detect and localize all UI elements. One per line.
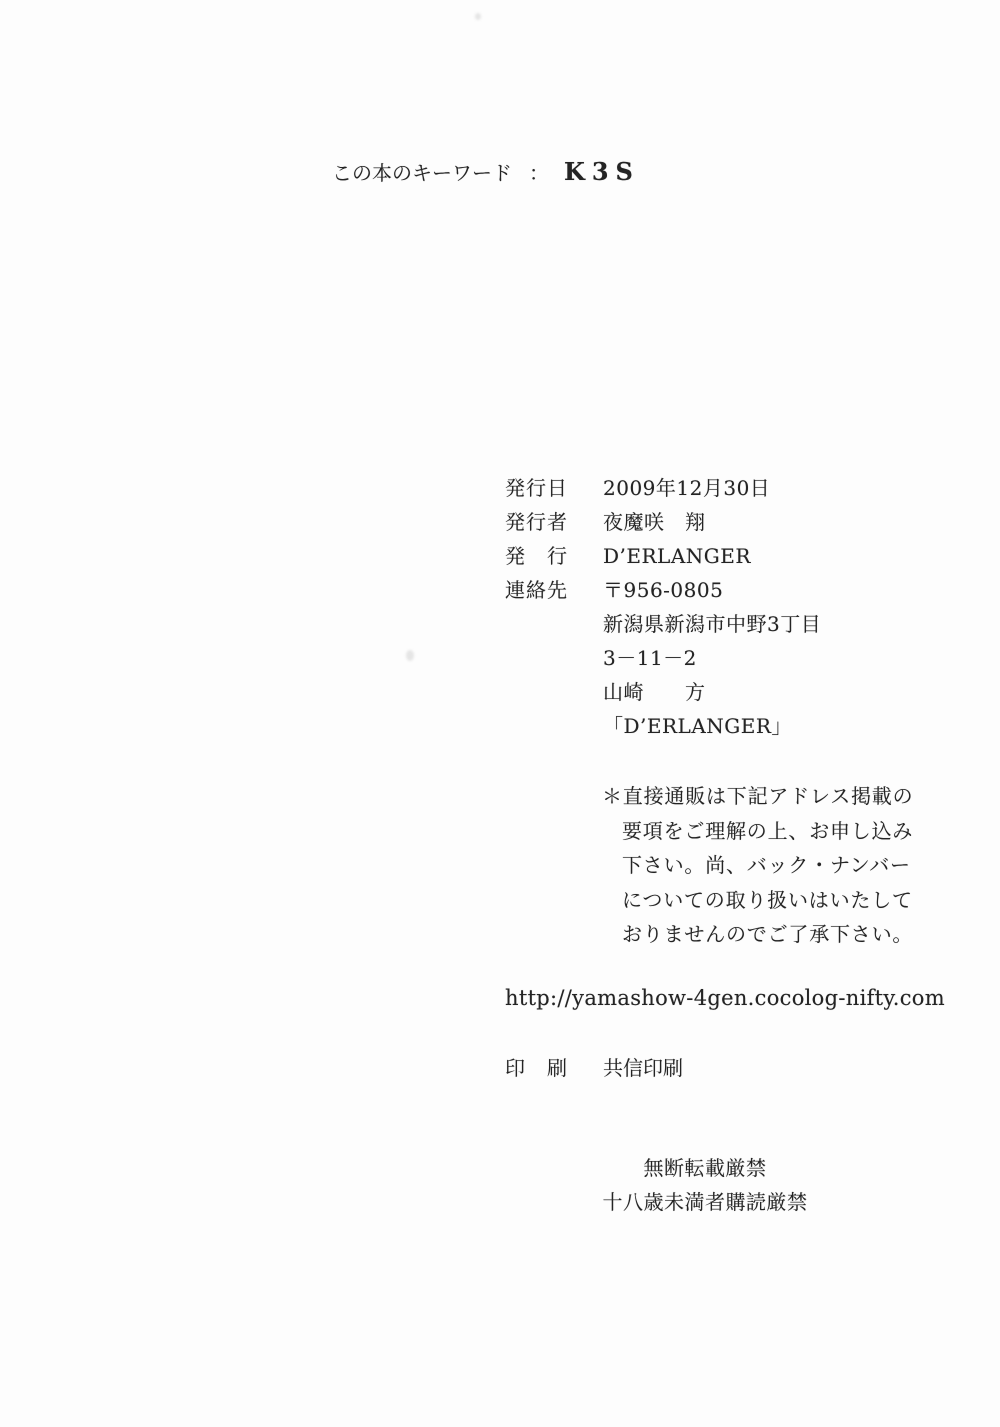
colophon-label: 発 行 (505, 539, 603, 573)
colophon-label: 発行者 (505, 505, 603, 539)
note-line: ＊直接通販は下記アドレス掲載の (602, 779, 913, 814)
note-line: おりませんのでご了承下さい。 (602, 917, 913, 952)
colophon-value: 〒956-0805 (603, 573, 723, 607)
scan-speck (406, 650, 414, 661)
mail-order-note: ＊直接通販は下記アドレス掲載の 要項をご理解の上、お申し込み 下さい。尚、バック… (602, 779, 913, 952)
colophon-row-issue-date: 発行日 2009年12月30日 (505, 471, 821, 505)
keyword-value: K3S (564, 157, 640, 186)
colophon-value: 山崎 方 (603, 675, 706, 709)
notice-block: 無断転載厳禁 十八歳未満者購読厳禁 (505, 1151, 905, 1219)
colophon-label (505, 675, 603, 709)
colophon-value: 2009年12月30日 (603, 471, 770, 505)
colophon-label (505, 607, 603, 641)
colophon-value: 夜魔咲 翔 (603, 505, 706, 539)
keyword-line: この本のキーワード ： K3S (332, 157, 633, 186)
note-line: 要項をご理解の上、お申し込み (602, 814, 913, 849)
colophon-label (505, 709, 603, 743)
colophon-row-address-2: 3－11－2 (505, 641, 821, 675)
colophon-label: 連絡先 (505, 573, 603, 607)
colophon-label: 発行日 (505, 471, 603, 505)
keyword-label: この本のキーワード (332, 157, 512, 186)
colophon-value: 「D’ERLANGER」 (603, 709, 792, 743)
printer-label: 印 刷 (505, 1051, 603, 1085)
colophon-row-circle-name: 「D’ERLANGER」 (505, 709, 821, 743)
note-line: 下さい。尚、バック・ナンバー (602, 848, 913, 883)
note-line: についての取り扱いはいたして (602, 883, 913, 918)
colophon-row-care-of: 山崎 方 (505, 675, 821, 709)
colophon-row-publisher-person: 発行者 夜魔咲 翔 (505, 505, 821, 539)
colophon-value: 新潟県新潟市中野3丁目 (603, 607, 821, 641)
notice-no-reproduction: 無断転載厳禁 (505, 1151, 905, 1185)
colophon-row-circle: 発 行 D’ERLANGER (505, 539, 821, 573)
notice-adults-only: 十八歳未満者購読厳禁 (505, 1185, 905, 1219)
printer-value: 共信印刷 (603, 1051, 683, 1085)
colophon-row-address-1: 新潟県新潟市中野3丁目 (505, 607, 821, 641)
scan-speck (475, 13, 481, 20)
colophon-label (505, 641, 603, 675)
keyword-separator: ： (529, 157, 549, 186)
printer-line: 印 刷 共信印刷 (505, 1051, 683, 1085)
colophon-value: D’ERLANGER (603, 539, 751, 573)
website-url: http://yamashow-4gen.cocolog-nifty.com (505, 986, 945, 1010)
colophon-value: 3－11－2 (603, 641, 697, 675)
colophon-block: 発行日 2009年12月30日 発行者 夜魔咲 翔 発 行 D’ERLANGER… (505, 471, 821, 743)
scanned-colophon-page: この本のキーワード ： K3S 発行日 2009年12月30日 発行者 夜魔咲 … (0, 0, 1000, 1427)
colophon-row-contact-postal: 連絡先 〒956-0805 (505, 573, 821, 607)
